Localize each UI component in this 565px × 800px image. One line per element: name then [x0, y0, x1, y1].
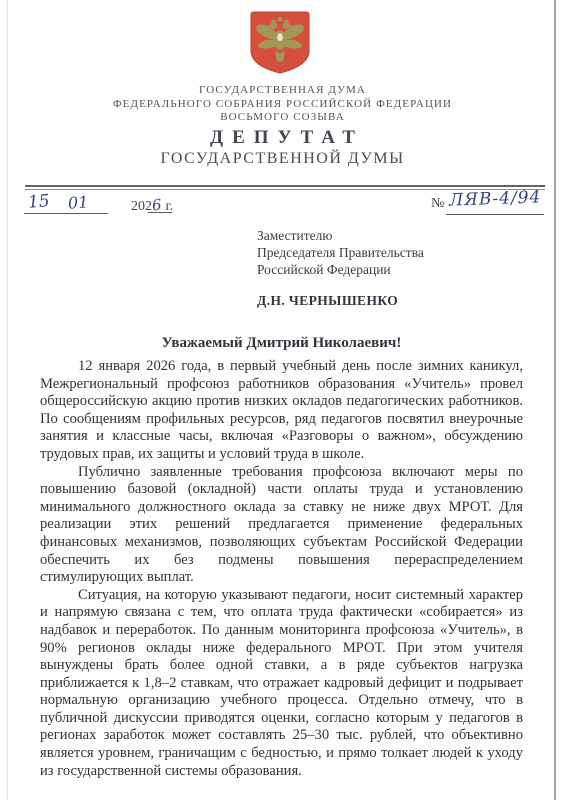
letter-paragraph-2: Публично заявленные требования профсоюза…: [40, 464, 523, 587]
deputy-subtitle: ГОСУДАРСТВЕННОЙ ДУМЫ: [0, 150, 565, 168]
addressee-block: Заместителю Председателя Правительства Р…: [257, 227, 424, 309]
letter-number-label: №: [431, 196, 444, 212]
date-month-handwritten: 01: [67, 192, 89, 212]
salutation: Уважаемый Дмитрий Николаевич!: [40, 335, 523, 352]
org-name-block: ГОСУДАРСТВЕННАЯ ДУМА ФЕДЕРАЛЬНОГО СОБРАН…: [0, 84, 565, 125]
letter-page: ГОСУДАРСТВЕННАЯ ДУМА ФЕДЕРАЛЬНОГО СОБРАН…: [0, 0, 565, 800]
russia-coat-of-arms-icon: [249, 11, 311, 75]
addressee-line2: Председателя Правительства: [257, 244, 424, 261]
org-name-line1: ГОСУДАРСТВЕННАЯ ДУМА: [0, 84, 565, 98]
date-day-handwritten: 15: [27, 191, 50, 213]
letter-number-underline: [446, 214, 544, 215]
org-name-line3: ВОСЬМОГО СОЗЫВА: [0, 111, 565, 125]
deputy-title: ДЕПУТАТ: [0, 127, 565, 149]
date-year-underline: [148, 212, 172, 213]
addressee-name: Д.Н. ЧЕРНЫШЕНКО: [257, 292, 424, 309]
date-month-underline: [62, 213, 108, 214]
letter-paragraph-1: 12 января 2026 года, в первый учебный де…: [40, 358, 523, 464]
addressee-line1: Заместителю: [257, 227, 424, 244]
letter-number-handwritten: ЛЯВ-4/94: [449, 187, 542, 210]
date-day-underline: [24, 213, 64, 214]
letter-paragraph-3: Ситуация, на которую указывают педагоги,…: [40, 587, 523, 781]
addressee-line3: Российской Федерации: [257, 261, 424, 278]
letter-body: 12 января 2026 года, в первый учебный де…: [40, 358, 523, 780]
org-name-line2: ФЕДЕРАЛЬНОГО СОБРАНИЯ РОССИЙСКОЙ ФЕДЕРАЦ…: [0, 98, 565, 112]
